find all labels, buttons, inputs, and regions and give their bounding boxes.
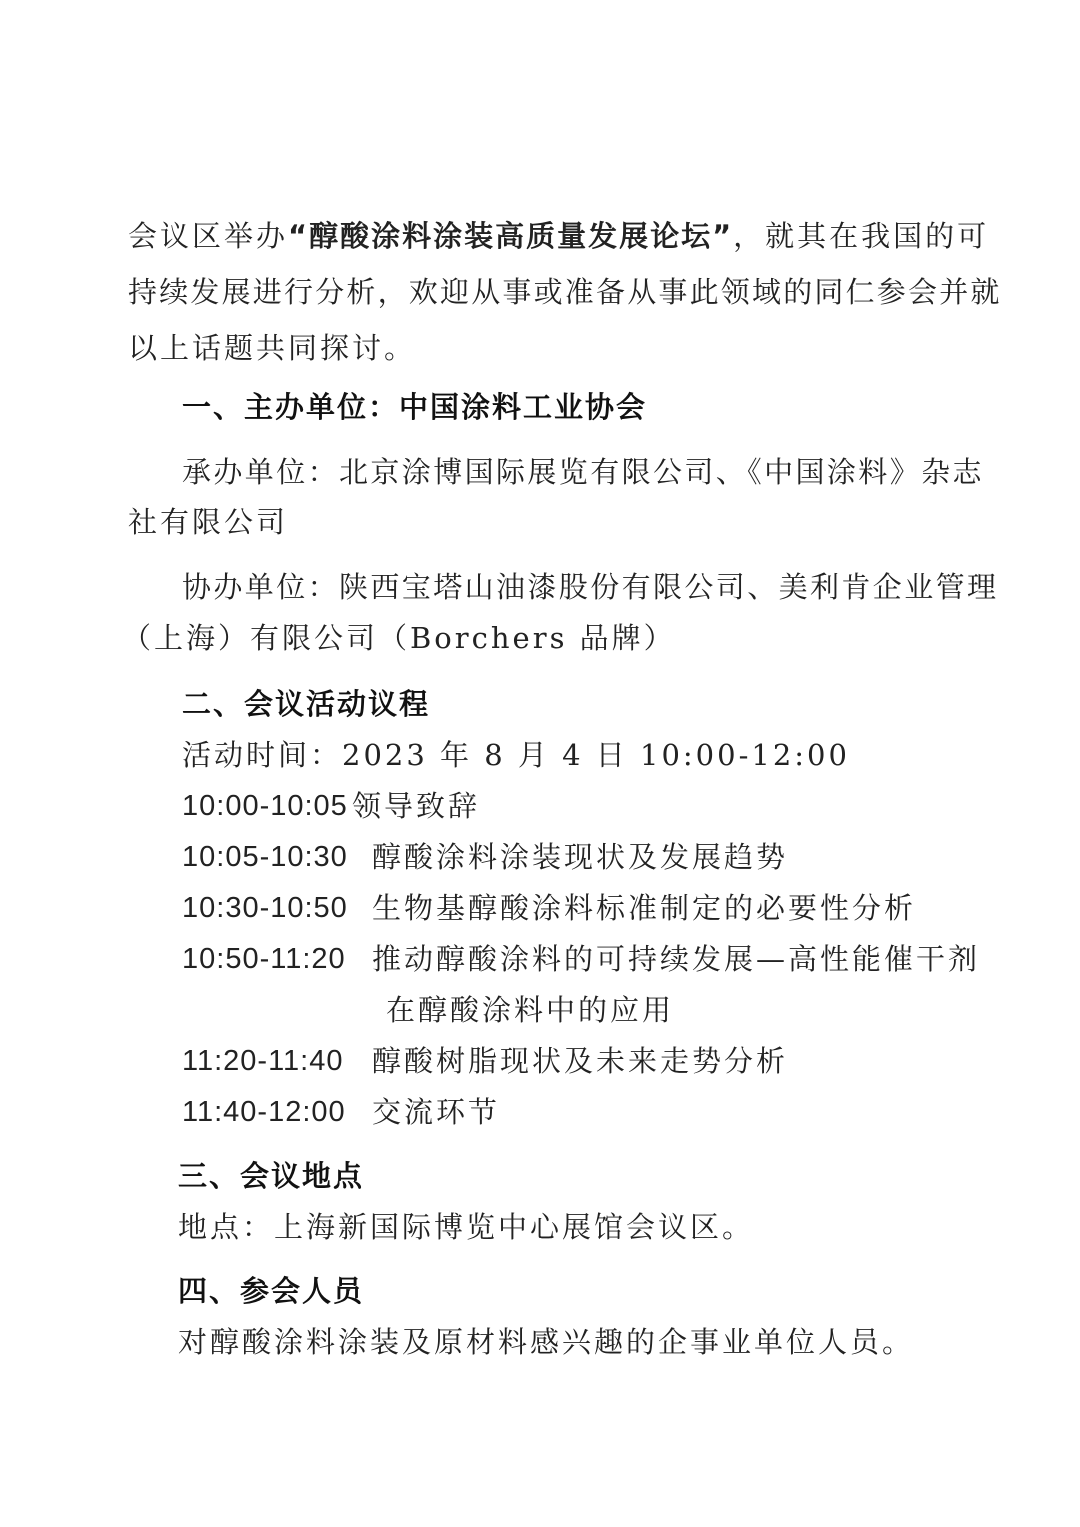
attendees-text: 对醇酸涂料涂装及原材料感兴趣的企事业单位人员。 — [178, 1322, 914, 1362]
agenda-time-4: 10:50-11:20 — [182, 939, 346, 979]
section-heading-organizer: 一、主办单位：中国涂料工业协会 — [182, 387, 647, 427]
agenda-topic-5: 醇酸树脂现状及未来走势分析 — [372, 1041, 788, 1081]
agenda-topic-6: 交流环节 — [372, 1092, 500, 1132]
location-text: 地点：上海新国际博览中心展馆会议区。 — [178, 1207, 754, 1247]
intro-text: 会议区举办 — [128, 219, 288, 253]
intro-line-1: 会议区举办“醇酸涂料涂装高质量发展论坛”，就其在我国的可 — [128, 216, 989, 256]
agenda-topic-3: 生物基醇酸涂料标准制定的必要性分析 — [372, 888, 916, 928]
forum-title: “醇酸涂料涂装高质量发展论坛” — [288, 219, 733, 253]
agenda-topic-4-continued: 在醇酸涂料中的应用 — [386, 990, 674, 1030]
agenda-time-6: 11:40-12:00 — [182, 1092, 346, 1132]
co-organizer-line-2: 社有限公司 — [128, 502, 288, 542]
agenda-topic-2: 醇酸涂料涂装现状及发展趋势 — [372, 837, 788, 877]
co-organizer-line-1: 承办单位：北京涂博国际展览有限公司、《中国涂料》杂志 — [182, 452, 984, 492]
agenda-time-5: 11:20-11:40 — [182, 1041, 344, 1081]
document-page: 会议区举办“醇酸涂料涂装高质量发展论坛”，就其在我国的可 持续发展进行分析，欢迎… — [0, 0, 1080, 1527]
intro-line-2: 持续发展进行分析，欢迎从事或准备从事此领域的同仁参会并就 — [128, 272, 1002, 312]
agenda-time-1: 10:00-10:05 — [182, 786, 348, 826]
intro-text: ，就其在我国的可 — [733, 219, 989, 253]
agenda-time-3: 10:30-10:50 — [182, 888, 348, 928]
agenda-topic-4: 推动醇酸涂料的可持续发展—高性能催干剂 — [372, 939, 980, 979]
assistant-organizer-line-1: 协办单位：陕西宝塔山油漆股份有限公司、美利肯企业管理 — [182, 567, 998, 607]
agenda-topic-1: 领导致辞 — [352, 786, 480, 826]
section-heading-location: 三、会议地点 — [178, 1156, 364, 1196]
assistant-organizer-line-2: （上海）有限公司（Borchers 品牌） — [122, 618, 676, 658]
section-heading-agenda: 二、会议活动议程 — [182, 684, 430, 724]
activity-time: 活动时间：2023 年 8 月 4 日 10:00-12:00 — [182, 735, 850, 775]
agenda-time-2: 10:05-10:30 — [182, 837, 348, 877]
intro-line-3: 以上话题共同探讨。 — [128, 328, 416, 368]
section-heading-attendees: 四、参会人员 — [178, 1271, 364, 1311]
